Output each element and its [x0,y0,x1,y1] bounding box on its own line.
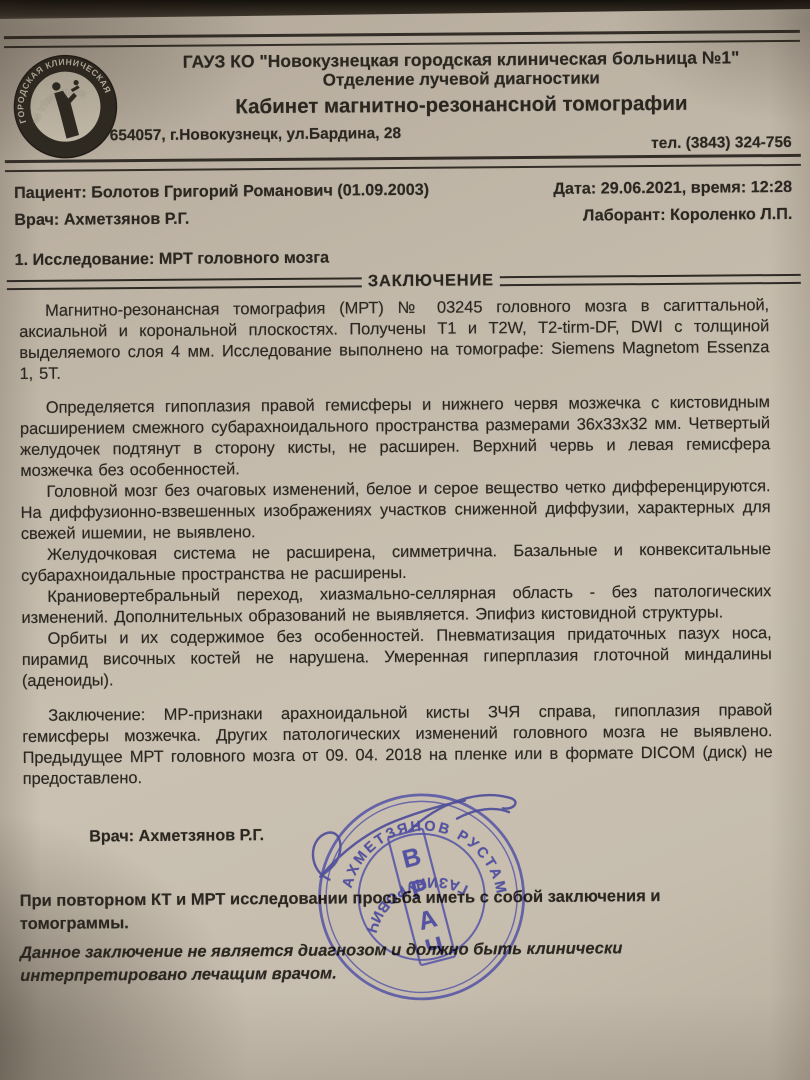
report-body: Магнитно-резонансная томография (МРТ) № … [19,295,773,790]
conclusion-rule-left [7,277,362,290]
org-phone: тел. (3843) 324-756 [651,133,792,153]
conclusion-title: ЗАКЛЮЧЕНИЕ [362,272,500,290]
report-paragraph: Орбиты и их содержимое без особенностей.… [22,623,772,692]
patient-block: Пациент: Болотов Григорий Романович (01.… [14,174,792,234]
stamp-center-text: ВРАЧ [399,842,446,963]
report-paragraph: Магнитно-резонансная томография (МРТ) № … [19,295,770,385]
study-title: 1. Исследование: МРТ головного мозга [15,244,793,270]
physician-stamp: АХМЕТЗЯНОВ РУСТАМ ГАЗИНУРОВИЧ ВРАЧ [299,778,551,1015]
patient-line: Пациент: Болотов Григорий Романович (01.… [14,177,429,207]
doctor-line: Врач: Ахметзянов Р.Г. [14,206,189,234]
document-photo: ГОРОДСКАЯ КЛИНИЧЕСКАЯ БОЛЬНИЦА №1 ГАУЗ К… [0,0,810,1080]
report-paragraph: Краниовертебральный переход, хиазмально-… [21,581,771,629]
report-conclusion-paragraph: Заключение: МР-признаки арахноидальной к… [22,700,773,790]
letterhead-rule-top [4,30,800,48]
date-line: Дата: 29.06.2021, время: 12:28 [553,174,792,203]
hospital-logo: ГОРОДСКАЯ КЛИНИЧЕСКАЯ БОЛЬНИЦА №1 [12,53,119,160]
org-address: 654057, г.Новокузнецк, ул.Бардина, 28 [110,124,402,145]
conclusion-rule-right [500,273,801,285]
letterhead: ГОРОДСКАЯ КЛИНИЧЕСКАЯ БОЛЬНИЦА №1 ГАУЗ К… [0,47,808,158]
report-paragraph: Желудочковая система не расширена, симме… [21,539,771,587]
cabinet-name: Кабинет магнитно-резонансной томографии [127,91,795,120]
conclusion-header: ЗАКЛЮЧЕНИЕ [7,270,801,293]
report-paragraph: Головной мозг без очаговых изменений, бе… [20,476,770,545]
report-paragraph: Определяется гипоплазия правой гемисферы… [20,392,771,482]
report-page: ГОРОДСКАЯ КЛИНИЧЕСКАЯ БОЛЬНИЦА №1 ГАУЗ К… [0,0,810,1080]
laborant-line: Лаборант: Короленко Л.П. [583,201,793,230]
